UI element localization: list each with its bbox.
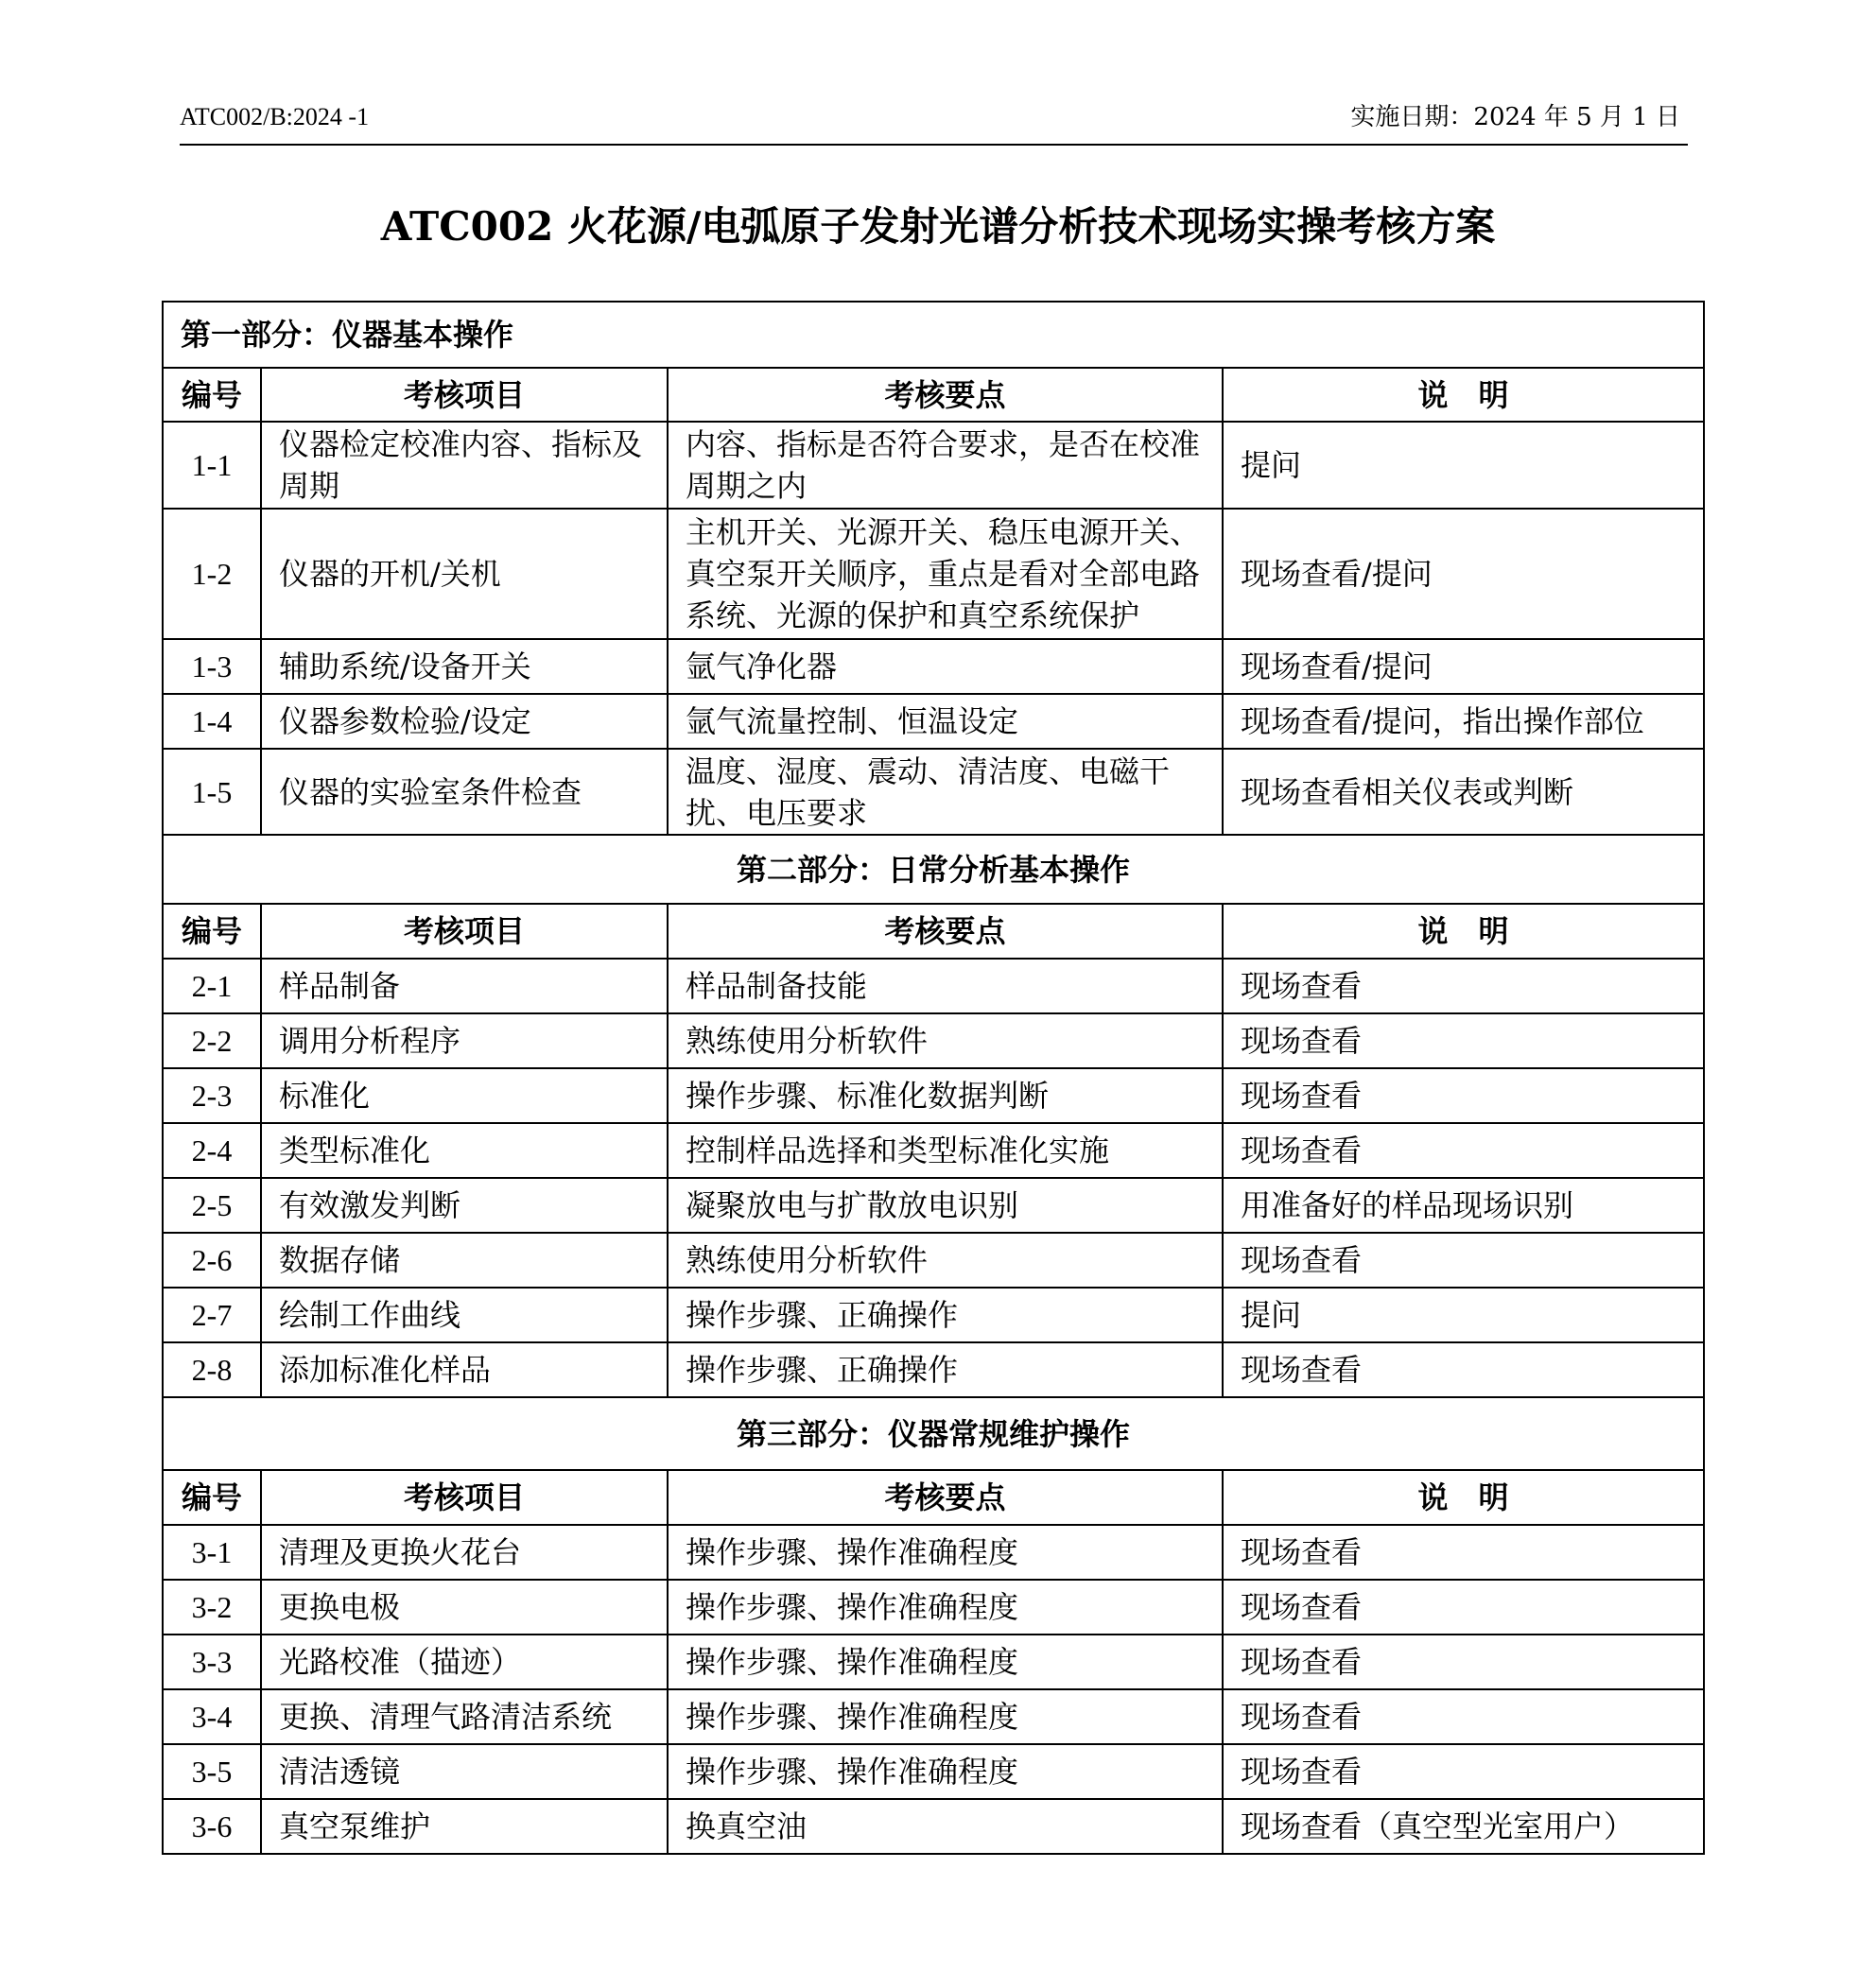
row-number: 2-2 [163, 1013, 261, 1068]
row-key-points: 操作步骤、操作准确程度 [668, 1635, 1223, 1689]
row-key-points: 操作步骤、操作准确程度 [668, 1580, 1223, 1635]
row-number: 1-3 [163, 639, 261, 694]
row-number: 2-7 [163, 1288, 261, 1342]
row-notes: 现场查看 [1223, 1635, 1704, 1689]
row-key-points: 操作步骤、操作准确程度 [668, 1525, 1223, 1580]
row-notes: 现场查看 [1223, 1342, 1704, 1397]
row-item: 真空泵维护 [261, 1799, 668, 1854]
page-header: ATC002/B:2024 -1 实施日期：2024 年 5 月 1 日 [180, 98, 1688, 146]
col-header-number: 编号 [163, 368, 261, 422]
row-key-points: 凝聚放电与扩散放电识别 [668, 1178, 1223, 1233]
table-row: 1-2 仪器的开机/关机 主机开关、光源开关、稳压电源开关、真空泵开关顺序，重点… [163, 509, 1704, 639]
row-item: 仪器检定校准内容、指标及周期 [261, 422, 668, 509]
row-notes: 现场查看 [1223, 1580, 1704, 1635]
row-key-points: 氩气净化器 [668, 639, 1223, 694]
row-notes: 提问 [1223, 422, 1704, 509]
row-item: 更换、清理气路清洁系统 [261, 1689, 668, 1744]
col-header-number: 编号 [163, 1470, 261, 1525]
row-key-points: 操作步骤、标准化数据判断 [668, 1068, 1223, 1123]
table-row: 2-8 添加标准化样品 操作步骤、正确操作 现场查看 [163, 1342, 1704, 1397]
row-notes: 现场查看 [1223, 1233, 1704, 1288]
table-row: 1-1 仪器检定校准内容、指标及周期 内容、指标是否符合要求，是否在校准周期之内… [163, 422, 1704, 509]
assessment-table: 第一部分：仪器基本操作 编号 考核项目 考核要点 说 明 1-1 仪器检定校准内… [162, 301, 1705, 1855]
col-header-number: 编号 [163, 904, 261, 959]
row-number: 3-1 [163, 1525, 261, 1580]
table-row: 3-1 清理及更换火花台 操作步骤、操作准确程度 现场查看 [163, 1525, 1704, 1580]
column-header-row: 编号 考核项目 考核要点 说 明 [163, 904, 1704, 959]
row-notes: 现场查看 [1223, 1744, 1704, 1799]
row-item: 添加标准化样品 [261, 1342, 668, 1397]
section-header-row: 第二部分：日常分析基本操作 [163, 835, 1704, 904]
row-notes: 现场查看/提问 [1223, 509, 1704, 639]
table-row: 2-4 类型标准化 控制样品选择和类型标准化实施 现场查看 [163, 1123, 1704, 1178]
row-item: 样品制备 [261, 959, 668, 1013]
row-item: 标准化 [261, 1068, 668, 1123]
row-number: 2-6 [163, 1233, 261, 1288]
row-key-points: 操作步骤、正确操作 [668, 1288, 1223, 1342]
row-key-points: 氩气流量控制、恒温设定 [668, 694, 1223, 749]
table-row: 3-2 更换电极 操作步骤、操作准确程度 现场查看 [163, 1580, 1704, 1635]
row-notes: 提问 [1223, 1288, 1704, 1342]
row-notes: 现场查看 [1223, 1525, 1704, 1580]
row-item: 仪器的实验室条件检查 [261, 749, 668, 835]
table-row: 3-6 真空泵维护 换真空油 现场查看（真空型光室用户） [163, 1799, 1704, 1854]
col-header-key-points: 考核要点 [668, 1470, 1223, 1525]
row-key-points: 操作步骤、操作准确程度 [668, 1689, 1223, 1744]
row-notes: 现场查看 [1223, 1013, 1704, 1068]
col-header-notes: 说 明 [1223, 368, 1704, 422]
row-item: 光路校准（描迹） [261, 1635, 668, 1689]
row-key-points: 内容、指标是否符合要求，是否在校准周期之内 [668, 422, 1223, 509]
table-row: 1-5 仪器的实验室条件检查 温度、湿度、震动、清洁度、电磁干扰、电压要求 现场… [163, 749, 1704, 835]
col-header-item: 考核项目 [261, 368, 668, 422]
row-key-points: 熟练使用分析软件 [668, 1013, 1223, 1068]
row-key-points: 温度、湿度、震动、清洁度、电磁干扰、电压要求 [668, 749, 1223, 835]
row-number: 1-1 [163, 422, 261, 509]
table-row: 3-3 光路校准（描迹） 操作步骤、操作准确程度 现场查看 [163, 1635, 1704, 1689]
row-key-points: 换真空油 [668, 1799, 1223, 1854]
row-item: 类型标准化 [261, 1123, 668, 1178]
row-number: 3-4 [163, 1689, 261, 1744]
row-item: 仪器的开机/关机 [261, 509, 668, 639]
col-header-item: 考核项目 [261, 904, 668, 959]
col-header-key-points: 考核要点 [668, 368, 1223, 422]
row-number: 3-3 [163, 1635, 261, 1689]
section-title: 第三部分：仪器常规维护操作 [163, 1397, 1704, 1470]
table-row: 3-4 更换、清理气路清洁系统 操作步骤、操作准确程度 现场查看 [163, 1689, 1704, 1744]
row-number: 3-6 [163, 1799, 261, 1854]
col-header-notes: 说 明 [1223, 1470, 1704, 1525]
row-key-points: 操作步骤、操作准确程度 [668, 1744, 1223, 1799]
row-notes: 现场查看/提问，指出操作部位 [1223, 694, 1704, 749]
row-key-points: 主机开关、光源开关、稳压电源开关、真空泵开关顺序，重点是看对全部电路系统、光源的… [668, 509, 1223, 639]
row-item: 绘制工作曲线 [261, 1288, 668, 1342]
table-row: 2-2 调用分析程序 熟练使用分析软件 现场查看 [163, 1013, 1704, 1068]
row-item: 清理及更换火花台 [261, 1525, 668, 1580]
section-header-row: 第三部分：仪器常规维护操作 [163, 1397, 1704, 1470]
effective-date: 实施日期：2024 年 5 月 1 日 [1350, 98, 1680, 136]
row-item: 更换电极 [261, 1580, 668, 1635]
row-item: 有效激发判断 [261, 1178, 668, 1233]
row-number: 1-4 [163, 694, 261, 749]
section-header-row: 第一部分：仪器基本操作 [163, 302, 1704, 368]
row-number: 1-2 [163, 509, 261, 639]
row-number: 2-4 [163, 1123, 261, 1178]
row-number: 3-2 [163, 1580, 261, 1635]
row-item: 调用分析程序 [261, 1013, 668, 1068]
row-notes: 现场查看（真空型光室用户） [1223, 1799, 1704, 1854]
row-number: 2-5 [163, 1178, 261, 1233]
row-notes: 现场查看 [1223, 1123, 1704, 1178]
col-header-key-points: 考核要点 [668, 904, 1223, 959]
row-notes: 现场查看/提问 [1223, 639, 1704, 694]
row-number: 2-8 [163, 1342, 261, 1397]
row-notes: 用准备好的样品现场识别 [1223, 1178, 1704, 1233]
row-notes: 现场查看 [1223, 959, 1704, 1013]
row-number: 2-1 [163, 959, 261, 1013]
row-notes: 现场查看 [1223, 1689, 1704, 1744]
row-item: 清洁透镜 [261, 1744, 668, 1799]
table-row: 2-6 数据存储 熟练使用分析软件 现场查看 [163, 1233, 1704, 1288]
row-item: 数据存储 [261, 1233, 668, 1288]
table-row: 3-5 清洁透镜 操作步骤、操作准确程度 现场查看 [163, 1744, 1704, 1799]
row-item: 仪器参数检验/设定 [261, 694, 668, 749]
table-row: 1-4 仪器参数检验/设定 氩气流量控制、恒温设定 现场查看/提问，指出操作部位 [163, 694, 1704, 749]
column-header-row: 编号 考核项目 考核要点 说 明 [163, 368, 1704, 422]
row-key-points: 操作步骤、正确操作 [668, 1342, 1223, 1397]
table-row: 2-3 标准化 操作步骤、标准化数据判断 现场查看 [163, 1068, 1704, 1123]
row-number: 2-3 [163, 1068, 261, 1123]
column-header-row: 编号 考核项目 考核要点 说 明 [163, 1470, 1704, 1525]
col-header-item: 考核项目 [261, 1470, 668, 1525]
row-notes: 现场查看 [1223, 1068, 1704, 1123]
document-code: ATC002/B:2024 -1 [180, 98, 369, 136]
row-number: 3-5 [163, 1744, 261, 1799]
document-title: ATC002 火花源/电弧原子发射光谱分析技术现场实操考核方案 [0, 199, 1876, 255]
col-header-notes: 说 明 [1223, 904, 1704, 959]
row-notes: 现场查看相关仪表或判断 [1223, 749, 1704, 835]
section-title: 第一部分：仪器基本操作 [163, 302, 1704, 368]
row-key-points: 样品制备技能 [668, 959, 1223, 1013]
table-row: 2-5 有效激发判断 凝聚放电与扩散放电识别 用准备好的样品现场识别 [163, 1178, 1704, 1233]
row-key-points: 控制样品选择和类型标准化实施 [668, 1123, 1223, 1178]
table-row: 2-1 样品制备 样品制备技能 现场查看 [163, 959, 1704, 1013]
section-title: 第二部分：日常分析基本操作 [163, 835, 1704, 904]
row-number: 1-5 [163, 749, 261, 835]
table-row: 2-7 绘制工作曲线 操作步骤、正确操作 提问 [163, 1288, 1704, 1342]
row-key-points: 熟练使用分析软件 [668, 1233, 1223, 1288]
table-row: 1-3 辅助系统/设备开关 氩气净化器 现场查看/提问 [163, 639, 1704, 694]
row-item: 辅助系统/设备开关 [261, 639, 668, 694]
